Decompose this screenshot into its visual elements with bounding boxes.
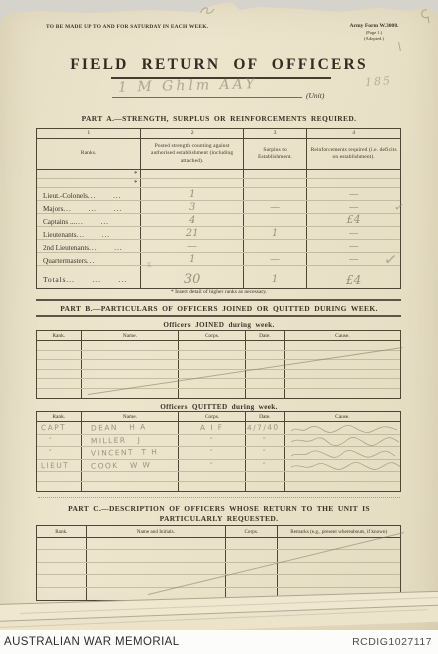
quitted-row: ″ MILLER J ″ ″ <box>37 435 400 448</box>
posted-value: 3 <box>189 202 195 213</box>
pencil-squiggle-top-right <box>417 8 431 24</box>
form-number-box: Army Form W.3008. (Page 1.) (Adopted.) <box>336 23 412 41</box>
posted-value: 4 <box>189 215 195 226</box>
scanned-document: TO BE MADE UP TO AND FOR SATURDAY IN EAC… <box>0 0 438 654</box>
col-header-remarks: Remarks (e.g., present whereabouts, if k… <box>277 526 400 538</box>
rank-row-majors: Majors... ... ... 3 — — <box>37 201 400 214</box>
col-number: 1 <box>37 129 140 138</box>
col-header-rank: Rank. <box>37 526 86 538</box>
date-value: 4/7/40 <box>247 423 280 433</box>
surplus-value: — <box>270 254 280 265</box>
rank-label: Captains ... <box>43 218 75 226</box>
col-header-cause: Cause. <box>284 331 400 341</box>
officers-quitted-table: Rank. Name. Corps. Date. Cause. CAPT DEA… <box>36 411 401 492</box>
posted-value: 1 <box>189 254 195 265</box>
col-number: 3 <box>243 129 307 138</box>
rank-row-2nd-lieutenants: 2nd Lieutenants... ... — — <box>37 240 400 253</box>
rank-row-captains: Captains ...... ... 4 £4 <box>37 214 400 227</box>
corps-value: ″ <box>210 436 214 445</box>
reinforcements-value: — <box>349 189 359 200</box>
rank-label: Lieutenants <box>43 231 77 239</box>
quitted-row: ″ VINCENT T H ″ ″ <box>37 447 400 460</box>
rank-row-lieut-colonels: Lieut.-Colonels... ... 1 — <box>37 188 400 201</box>
rank-row-quartermasters: Quartermasters... 1 — — <box>37 253 400 266</box>
quitted-header-row: Rank. Name. Corps. Date. Cause. <box>37 412 400 422</box>
pencil-tick-captains: ✓ <box>393 199 405 215</box>
col-header-rank: Rank. <box>37 331 81 341</box>
part-c-heading: PART C.—DESCRIPTION OF OFFICERS WHOSE RE… <box>43 504 395 524</box>
joined-subheading: Officers JOINED during week. <box>0 321 438 329</box>
col-header-corps: Corps. <box>225 526 277 538</box>
unit-label: (Unit) <box>306 91 324 100</box>
divider-rule <box>36 299 401 301</box>
date-value: ″ <box>263 448 267 457</box>
joined-header-row: Rank. Name. Corps. Date. Cause. <box>37 331 400 341</box>
blank-row <box>37 538 400 550</box>
rank-value: LIEUT <box>41 461 69 471</box>
col-header-corps: Corps. <box>178 412 245 422</box>
blank-row <box>37 360 400 370</box>
archive-id: RCDIG1027117 <box>352 636 432 648</box>
rank-row-lieutenants: Lieutenants... ... 21 1 — <box>37 227 400 240</box>
totals-posted: 30 <box>184 272 201 287</box>
reinforcements-value: — <box>349 228 359 239</box>
quitted-subheading: Officers QUITTED during week. <box>0 403 438 411</box>
col-number: 2 <box>140 129 242 138</box>
part-c-table: Rank. Name and Initials. Corps. Remarks … <box>36 525 401 601</box>
pencil-squiggle-top-center <box>198 4 216 16</box>
totals-surplus: 1 <box>272 274 278 285</box>
cause-scribble <box>284 460 400 472</box>
reinforcements-value: — <box>349 254 359 265</box>
reinforcements-value: — <box>349 241 359 252</box>
pencil-tick-totals: ✓ <box>383 249 399 270</box>
part-a-column-numbers: 1 2 3 4 <box>37 129 400 138</box>
posted-value: 21 <box>186 228 199 239</box>
pencil-stray-x: x <box>147 260 152 269</box>
blank-row <box>37 482 400 492</box>
col-header-name-initials: Name and Initials. <box>86 526 225 538</box>
surplus-value: 1 <box>272 228 278 239</box>
part-b-heading: PART B.—PARTICULARS OF OFFICERS JOINED O… <box>0 304 438 313</box>
col-header-name: Name. <box>81 331 179 341</box>
surplus-value: — <box>270 202 280 213</box>
posted-value: 1 <box>189 189 195 200</box>
asterisk: * <box>37 179 140 187</box>
quitted-row: LIEUT COOK W W ″ ″ <box>37 460 400 473</box>
part-a-footnote: * Insert detail of higher ranks as neces… <box>0 289 438 295</box>
archive-footer: AUSTRALIAN WAR MEMORIAL RCDIG1027117 <box>0 630 438 654</box>
blank-row <box>37 563 400 575</box>
rank-value: ″ <box>41 436 53 445</box>
asterisk: * <box>37 170 140 178</box>
corps-value: ″ <box>210 461 214 470</box>
rank-label: Lieut.-Colonels <box>43 192 88 200</box>
unit-handwritten: 1 M Ghlm AAY <box>118 76 258 96</box>
name-value: VINCENT T H <box>90 448 157 458</box>
corps-value: ″ <box>210 448 214 457</box>
divider-rule <box>36 315 401 317</box>
form-content: TO BE MADE UP TO AND FOR SATURDAY IN EAC… <box>0 0 438 632</box>
col-header-corps: Corps. <box>178 331 245 341</box>
page-title: FIELD RETURN OF OFFICERS <box>0 56 438 74</box>
col-number: 4 <box>306 129 400 138</box>
totals-reinforcements: £4 <box>346 273 361 287</box>
rank-value: CAPT <box>41 423 66 433</box>
quitted-row: CAPT DEAN H A A I F 4/7/40 <box>37 422 400 435</box>
rank-label: 2nd Lieutenants <box>43 244 89 252</box>
col-header-surplus: Surplus to Establishment. <box>247 147 304 161</box>
part-a-heading: PART A.—STRENGTH, SURPLUS OR REINFORCEME… <box>0 114 438 123</box>
form-number: Army Form W.3008. <box>336 23 412 30</box>
date-value: ″ <box>263 436 267 445</box>
rank-label: Majors <box>43 205 63 213</box>
cause-scribble <box>284 422 400 434</box>
part-a-table: 1 2 3 4 Ranks. Posted strength counting … <box>36 128 401 289</box>
totals-label: Totals <box>43 275 66 284</box>
officers-joined-table: Rank. Name. Corps. Date. Cause. <box>36 330 401 399</box>
blank-row <box>37 379 400 389</box>
part-c-header-row: Rank. Name and Initials. Corps. Remarks … <box>37 526 400 538</box>
unit-rule <box>112 97 302 98</box>
name-value: COOK W W <box>90 460 151 470</box>
blank-row <box>37 341 400 351</box>
corps-value: A I F <box>200 423 224 432</box>
name-value: DEAN H A <box>90 423 146 433</box>
col-header-name: Name. <box>81 412 179 422</box>
pencil-page-number: 185 <box>365 74 393 89</box>
col-header-rank: Rank. <box>37 412 81 422</box>
higher-rank-row: * <box>37 170 400 179</box>
name-value: MILLER J <box>90 435 141 445</box>
dotted-separator <box>38 497 400 498</box>
col-header-posted: Posted strength counting against authori… <box>144 143 239 164</box>
posted-value: — <box>187 241 197 252</box>
col-header-date: Date. <box>245 331 284 341</box>
reinforcements-value: — <box>349 202 359 213</box>
rank-value: ″ <box>41 448 53 457</box>
archive-name: AUSTRALIAN WAR MEMORIAL <box>4 636 180 648</box>
col-header-reinforcements: Reinforcements required (i.e. deficits o… <box>310 147 397 161</box>
col-header-cause: Cause. <box>284 412 400 422</box>
col-header-ranks: Ranks. <box>81 150 97 157</box>
cause-scribble <box>284 447 400 459</box>
cause-scribble <box>284 435 400 447</box>
higher-rank-row: * <box>37 179 400 188</box>
totals-row: Totals... ... ... 30 1 £4 <box>37 271 400 288</box>
weekly-instruction: TO BE MADE UP TO AND FOR SATURDAY IN EAC… <box>46 24 208 30</box>
part-a-header-row: Ranks. Posted strength counting against … <box>37 138 400 170</box>
blank-row <box>37 472 400 482</box>
col-header-date: Date. <box>245 412 284 422</box>
pencil-tick <box>398 42 401 51</box>
form-status: (Adopted.) <box>336 36 412 42</box>
blank-row <box>37 550 400 562</box>
date-value: ″ <box>263 461 267 470</box>
rank-label: Quartermasters <box>43 257 87 265</box>
reinforcements-value: £4 <box>347 213 361 226</box>
